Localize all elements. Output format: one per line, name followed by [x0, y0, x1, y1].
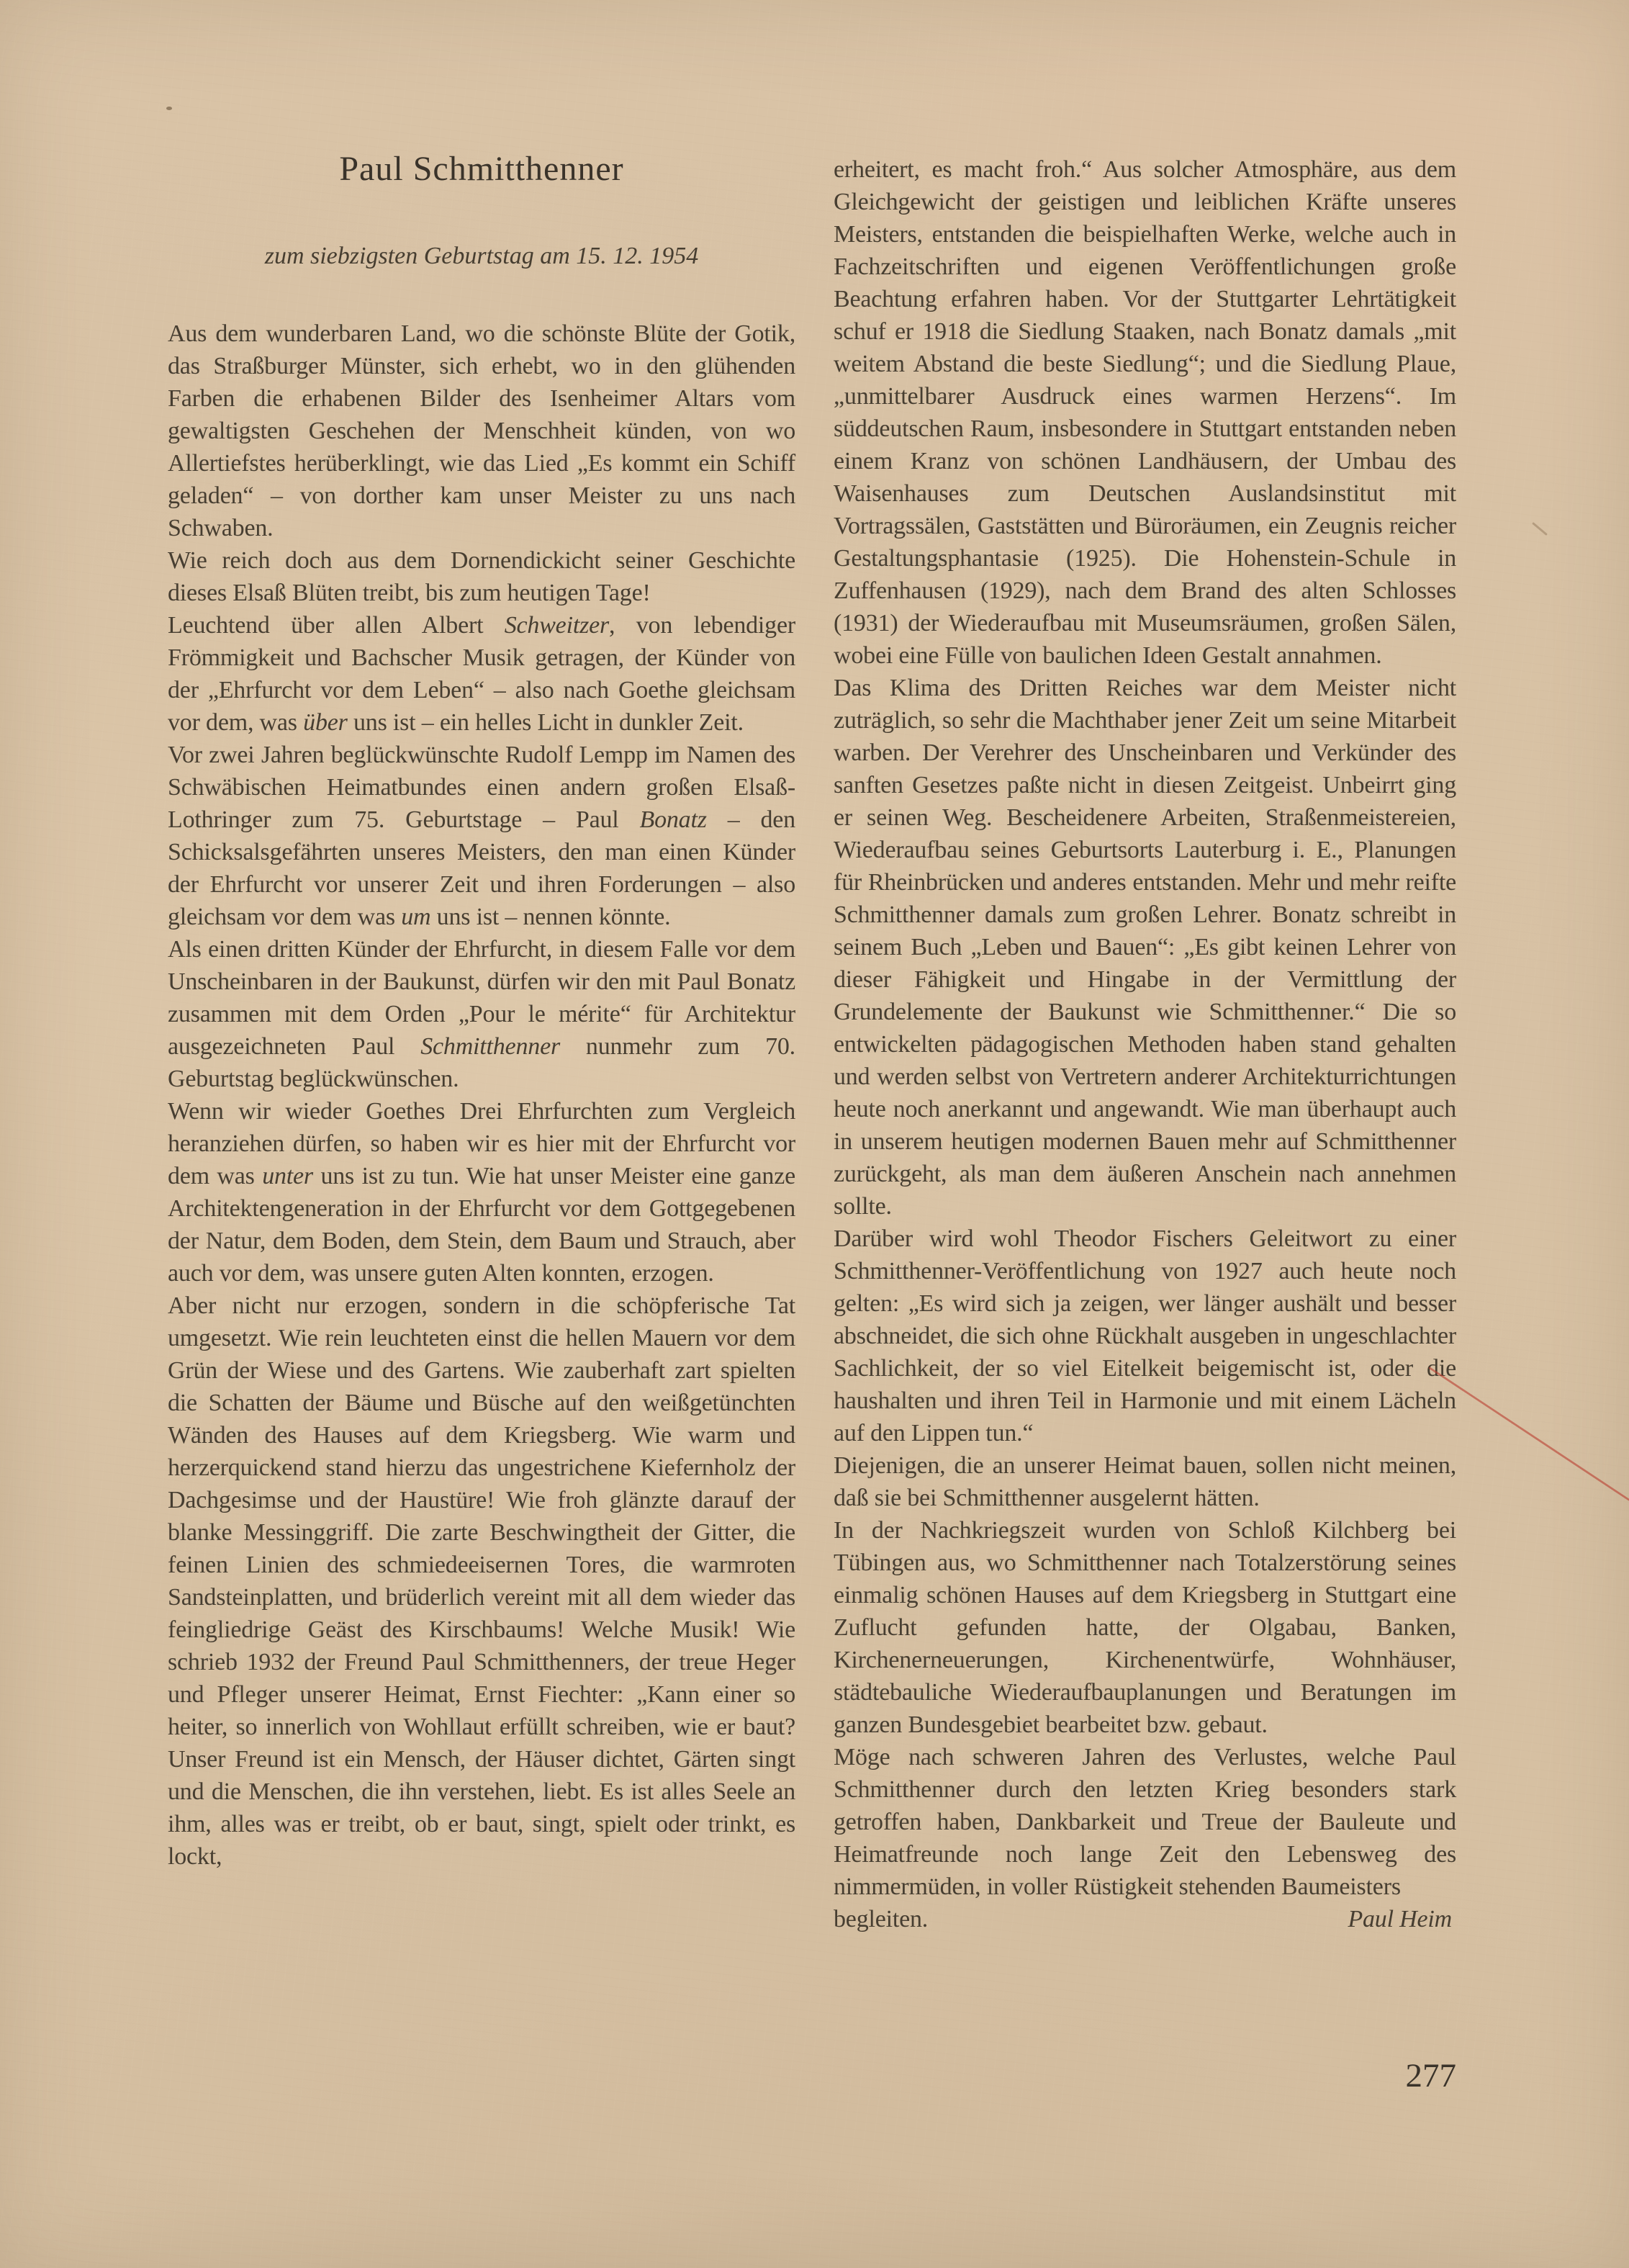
text-run: Diejenigen, die an unserer Heimat bauen,… [834, 1452, 1456, 1511]
text-run: unter [262, 1163, 313, 1189]
paragraph: Aber nicht nur erzogen, sondern in die s… [168, 1290, 795, 1873]
paper-fiber [1532, 522, 1548, 536]
paragraph: Möge nach schweren Jahren des Verlustes,… [834, 1741, 1456, 1903]
scanned-page: Paul Schmitthenner zum siebzigsten Gebur… [0, 0, 1629, 2268]
article-subtitle: zum siebzigsten Geburtstag am 15. 12. 19… [168, 242, 795, 271]
text-run: Aber nicht nur erzogen, sondern in die s… [168, 1292, 795, 1870]
text-run: erheitert, es macht froh.“ Aus solcher A… [834, 156, 1456, 669]
text-run: uns ist – ein helles Licht in dunkler Ze… [348, 709, 744, 736]
article-title: Paul Schmitthenner [168, 150, 795, 189]
text-run: um [401, 904, 430, 930]
red-pen-mark [1428, 1367, 1629, 1501]
paragraph: Vor zwei Jahren beglückwünschte Rudolf L… [168, 739, 795, 933]
paper-speck [166, 107, 172, 110]
paragraph: Diejenigen, die an unserer Heimat bauen,… [834, 1449, 1456, 1514]
text-column-right-paragraphs: erheitert, es macht froh.“ Aus solcher A… [834, 153, 1456, 1903]
text-column-left: Aus dem wunderbaren Land, wo die schönst… [168, 318, 795, 1873]
paragraph: Darüber wird wohl Theodor Fischers Gelei… [834, 1223, 1456, 1449]
signature-name: Paul Heim [1348, 1903, 1456, 1935]
text-column-right: erheitert, es macht froh.“ Aus solcher A… [834, 153, 1456, 1935]
paragraph: Wie reich doch aus dem Dornendickicht se… [168, 544, 795, 609]
text-run: uns ist – nennen könnte. [430, 904, 670, 930]
paragraph: In der Nachkriegszeit wurden von Schloß … [834, 1514, 1456, 1741]
signature-line: begleiten. Paul Heim [834, 1903, 1456, 1935]
page-number: 277 [834, 2056, 1456, 2095]
paper-speck [1145, 756, 1149, 759]
paragraph: erheitert, es macht froh.“ Aus solcher A… [834, 153, 1456, 672]
signature-lead: begleiten. [834, 1903, 928, 1935]
text-run: In der Nachkriegszeit wurden von Schloß … [834, 1517, 1456, 1738]
paragraph: Als einen dritten Künder der Ehrfurcht, … [168, 933, 795, 1095]
text-run: Darüber wird wohl Theodor Fischers Gelei… [834, 1225, 1456, 1446]
text-run: Wie reich doch aus dem Dornendickicht se… [168, 547, 795, 606]
paragraph: Das Klima des Dritten Reiches war dem Me… [834, 672, 1456, 1223]
text-run: Leuchtend über allen Albert [168, 612, 505, 639]
text-run: Aus dem wunderbaren Land, wo die schönst… [168, 320, 795, 541]
paragraph: Wenn wir wieder Goethes Drei Ehrfurchten… [168, 1095, 795, 1290]
paragraph: Leuchtend über allen Albert Schweitzer, … [168, 609, 795, 739]
paragraph: Aus dem wunderbaren Land, wo die schönst… [168, 318, 795, 544]
text-run: Bonatz [640, 806, 707, 833]
text-run: Möge nach schweren Jahren des Verlustes,… [834, 1744, 1456, 1900]
text-run: Schmitthenner [420, 1033, 560, 1060]
text-run: Schweitzer [505, 612, 609, 639]
text-run: über [303, 709, 348, 736]
